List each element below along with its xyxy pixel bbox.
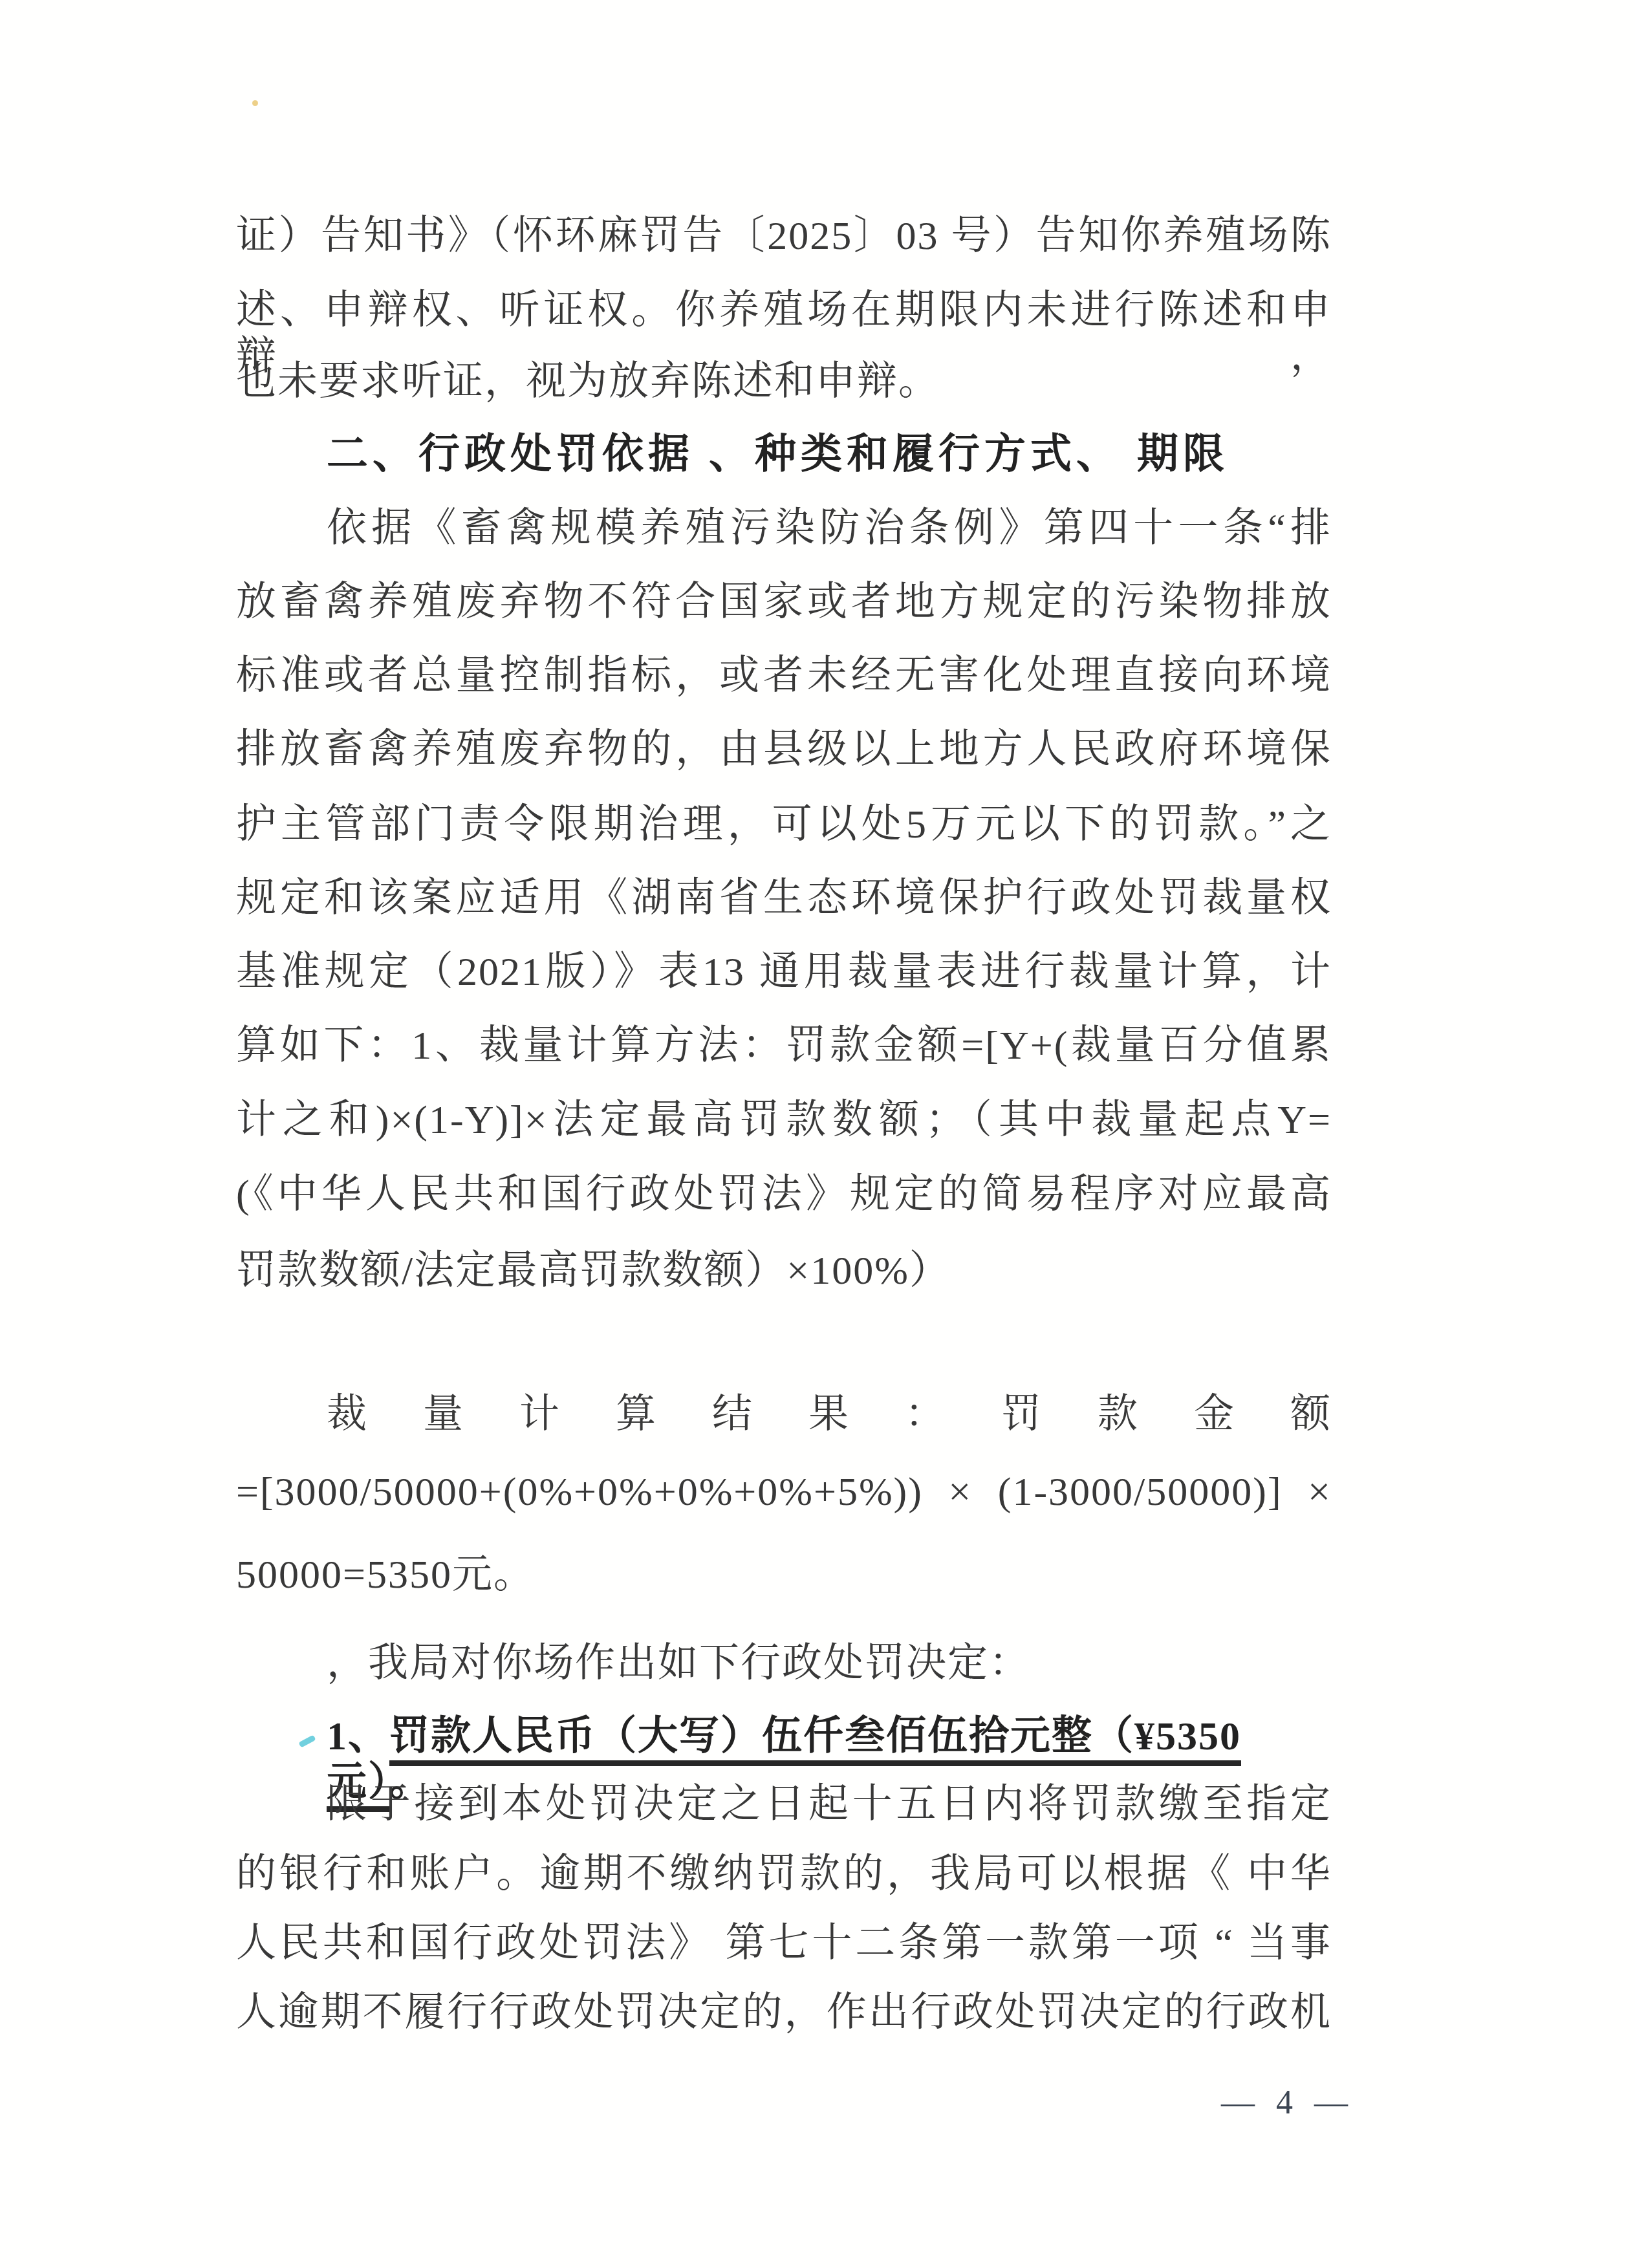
document-page: 证）告知书》（怀环麻罚告〔2025〕03 号）告知你养殖场陈 述、申辩权、听证权…	[0, 0, 1635, 2268]
doc-line: 基准规定（2021版）》表13 通用裁量表进行裁量计算，计	[236, 949, 1332, 995]
doc-line: 护主管部门责令限期治理，可以处5万元以下的罚款。”之	[236, 802, 1332, 848]
doc-line: 证）告知书》（怀环麻罚告〔2025〕03 号）告知你养殖场陈	[236, 213, 1332, 259]
doc-line: 依据《畜禽规模养殖污染防治条例》第四十一条“排	[236, 506, 1332, 552]
decision-intro-line: ，我局对你场作出如下行政处罚决定：	[236, 1641, 1332, 1687]
doc-line: 规定和该案应适用《湖南省生态环境保护行政处罚裁量权	[236, 876, 1332, 922]
doc-line: 限于接到本处罚决定之日起十五日内将罚款缴至指定	[236, 1782, 1332, 1828]
calc-formula-line: =[3000/50000+(0%+0%+0%+0%+5%)) × (1-3000…	[236, 1469, 1332, 1515]
doc-line: 也未要求听证，视为放弃陈述和申辩。	[236, 359, 1332, 405]
doc-line: 放畜禽养殖废弃物不符合国家或者地方规定的污染物排放	[236, 579, 1332, 625]
doc-line: 人逾期不履行行政处罚决定的，作出行政处罚决定的行政机	[236, 1990, 1332, 2036]
doc-line: 罚款数额/法定最高罚款数额）×100%）	[236, 1248, 1332, 1294]
calc-result-line: 裁量计算结果：罚款金额	[236, 1392, 1332, 1438]
section-heading: 二、行政处罚依据 、种类和履行方式、 期限	[236, 430, 1332, 478]
doc-line: 人民共和国行政处罚法》 第七十二条第一款第一项 “ 当事	[236, 1921, 1332, 1967]
doc-line: 计之和)×(1-Y)]×法定最高罚款数额；（其中裁量起点Y=	[236, 1097, 1332, 1143]
doc-line: 标准或者总量控制指标，或者未经无害化处理直接向环境	[236, 653, 1332, 699]
decision-number: 1、	[327, 1714, 389, 1758]
page-number: — 4 —	[1221, 2084, 1354, 2122]
doc-line: 排放畜禽养殖废弃物的，由县级以上地方人民政府环境保	[236, 727, 1332, 773]
doc-line: 算如下：1、裁量计算方法：罚款金额=[Y+(裁量百分值累	[236, 1023, 1332, 1069]
calc-formula-line: 50000=5350元。	[236, 1552, 1332, 1598]
scan-speck	[252, 100, 258, 106]
doc-line: (《中华人民共和国行政处罚法》规定的简易程序对应最高	[236, 1172, 1332, 1218]
doc-line: 的银行和账户。逾期不缴纳罚款的，我局可以根据《 中华	[236, 1852, 1332, 1897]
